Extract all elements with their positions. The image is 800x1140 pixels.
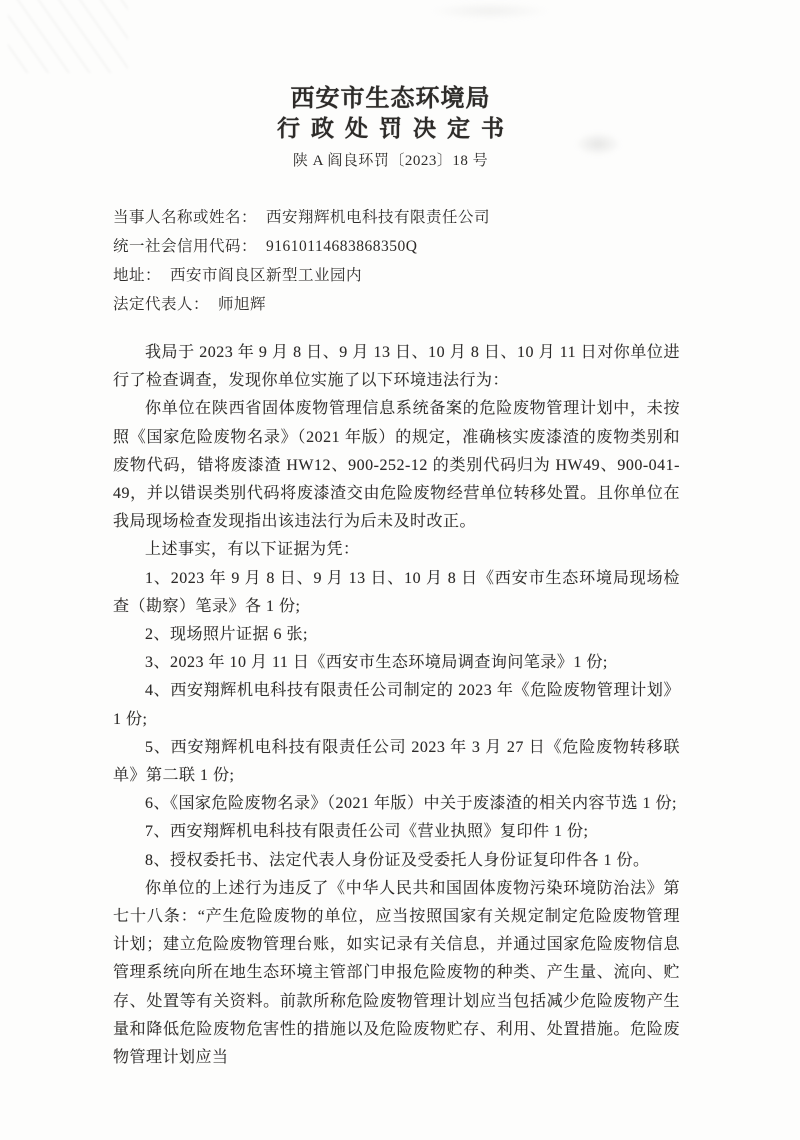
scan-artifact-streaks	[8, 0, 128, 73]
paragraph-evidence-1: 1、2023 年 9 月 8 日、9 月 13 日、10 月 8 日《西安市生态…	[113, 565, 680, 621]
paragraph-evidence-3: 3、2023 年 10 月 11 日《西安市生态环境局调查询问笔录》1 份;	[113, 649, 680, 677]
party-address-value: 西安市阎良区新型工业园内	[170, 267, 362, 284]
paragraph-evidence-5: 5、西安翔辉机电科技有限责任公司 2023 年 3 月 27 日《危险废物转移联…	[113, 734, 680, 790]
party-legal-rep-label: 法定代表人：	[113, 296, 209, 313]
party-legal-rep-value: 师旭辉	[218, 296, 266, 313]
issuing-authority-title: 西安市生态环境局	[107, 84, 674, 114]
party-info-block: 当事人名称或姓名：西安翔辉机电科技有限责任公司 统一社会信用代码：9161011…	[113, 203, 680, 319]
party-name-label: 当事人名称或姓名：	[113, 209, 257, 226]
paragraph-legal-basis: 你单位的上述行为违反了《中华人民共和国固体废物污染环境防治法》第七十八条：“产生…	[113, 875, 680, 1072]
party-name-value: 西安翔辉机电科技有限责任公司	[266, 209, 490, 226]
party-legal-rep-line: 法定代表人：师旭辉	[113, 290, 680, 319]
paragraph-evidence-6: 6、《国家危险废物名录》（2021 年版）中关于废漆渣的相关内容节选 1 份;	[113, 790, 680, 818]
party-credit-code-label: 统一社会信用代码：	[113, 238, 257, 255]
scan-artifact-top-smudge	[430, 2, 550, 20]
document-header: 西安市生态环境局 行政处罚决定书 陕 A 阎良环罚〔2023〕18 号	[107, 84, 674, 172]
party-address-line: 地址：西安市阎良区新型工业园内	[113, 261, 680, 290]
document-page: 西安市生态环境局 行政处罚决定书 陕 A 阎良环罚〔2023〕18 号 当事人名…	[0, 0, 800, 1140]
document-body: 我局于 2023 年 9 月 8 日、9 月 13 日、10 月 8 日、10 …	[113, 339, 680, 1072]
document-reference-number: 陕 A 阎良环罚〔2023〕18 号	[107, 151, 674, 172]
party-address-label: 地址：	[113, 267, 161, 284]
paragraph-evidence-intro: 上述事实，有以下证据为凭：	[113, 536, 680, 564]
paragraph-evidence-2: 2、现场照片证据 6 张;	[113, 621, 680, 649]
paragraph-evidence-8: 8、授权委托书、法定代表人身份证及受委托人身份证复印件各 1 份。	[113, 847, 680, 875]
paragraph-intro: 我局于 2023 年 9 月 8 日、9 月 13 日、10 月 8 日、10 …	[113, 339, 680, 395]
paragraph-evidence-7: 7、西安翔辉机电科技有限责任公司《营业执照》复印件 1 份;	[113, 818, 680, 846]
document-type-title: 行政处罚决定书	[107, 114, 674, 144]
party-name-line: 当事人名称或姓名：西安翔辉机电科技有限责任公司	[113, 203, 680, 232]
paragraph-violation: 你单位在陕西省固体废物管理信息系统备案的危险废物管理计划中，未按照《国家危险废物…	[113, 395, 680, 536]
party-credit-code-line: 统一社会信用代码：91610114683868350Q	[113, 232, 680, 261]
paragraph-evidence-4: 4、西安翔辉机电科技有限责任公司制定的 2023 年《危险废物管理计划》1 份;	[113, 677, 680, 733]
party-credit-code-value: 91610114683868350Q	[266, 238, 417, 255]
